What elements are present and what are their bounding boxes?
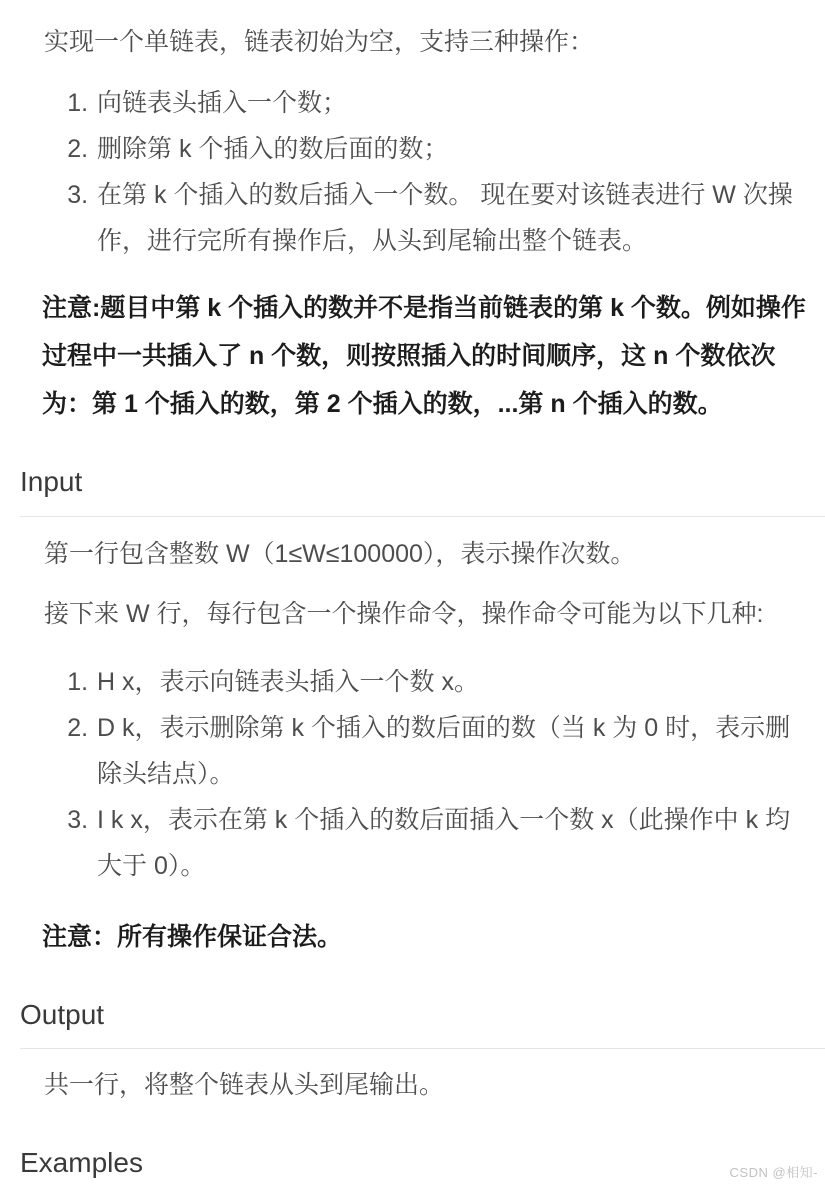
problem-intro-paragraph: 实现一个单链表，链表初始为空，支持三种操作：: [0, 18, 825, 66]
section-divider: [20, 1048, 825, 1049]
input-section-heading: Input: [0, 464, 825, 500]
problem-note-paragraph: 注意:题目中第 k 个插入的数并不是指当前链表的第 k 个数。例如操作过程中一共…: [0, 284, 825, 428]
section-divider: [20, 516, 825, 517]
list-item-command-1: H x，表示向链表头插入一个数 x。: [95, 659, 813, 705]
commands-list: H x，表示向链表头插入一个数 x。 D k，表示删除第 k 个插入的数后面的数…: [0, 659, 825, 889]
list-item-operation-2: 删除第 k 个插入的数后面的数；: [95, 126, 813, 172]
input-line-1: 第一行包含整数 W（1≤W≤100000），表示操作次数。: [0, 530, 825, 578]
list-item-command-2: D k，表示删除第 k 个插入的数后面的数（当 k 为 0 时，表示删除头结点）…: [95, 705, 813, 797]
operations-list: 向链表头插入一个数； 删除第 k 个插入的数后面的数； 在第 k 个插入的数后插…: [0, 80, 825, 264]
list-item-operation-3: 在第 k 个插入的数后插入一个数。 现在要对该链表进行 W 次操作，进行完所有操…: [95, 172, 813, 264]
output-line-1: 共一行，将整个链表从头到尾输出。: [0, 1061, 825, 1109]
input-note-paragraph: 注意：所有操作保证合法。: [0, 913, 825, 961]
output-section-heading: Output: [0, 997, 825, 1033]
csdn-watermark: CSDN @相知-: [730, 1162, 818, 1181]
list-item-operation-1: 向链表头插入一个数；: [95, 80, 813, 126]
problem-statement: 实现一个单链表，链表初始为空，支持三种操作： 向链表头插入一个数； 删除第 k …: [0, 18, 825, 1181]
list-item-command-3: I k x，表示在第 k 个插入的数后面插入一个数 x（此操作中 k 均大于 0…: [95, 797, 813, 889]
examples-section-heading: Examples: [0, 1145, 825, 1181]
input-line-2: 接下来 W 行，每行包含一个操作命令，操作命令可能为以下几种:: [0, 590, 825, 638]
